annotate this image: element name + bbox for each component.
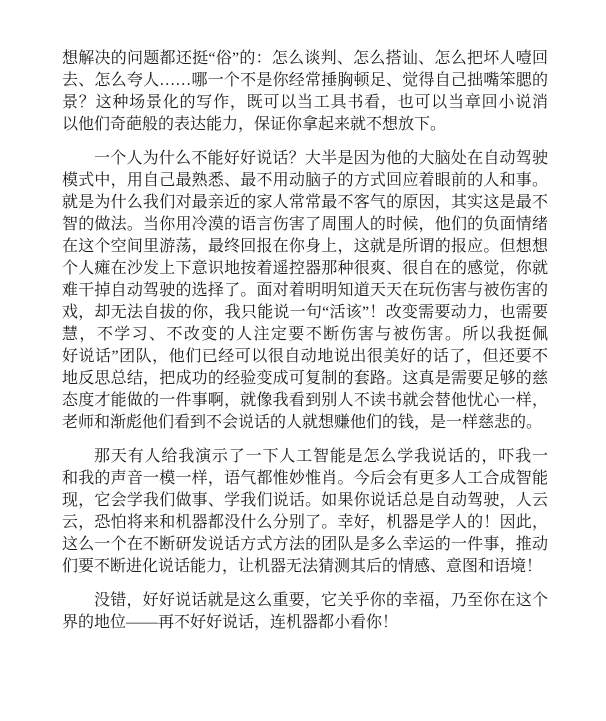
text-line: 在这个空间里游荡，最终回报在你身上，这就是所谓的报应。但想想一 (62, 236, 548, 258)
text-line: 好说话”团队，他们已经可以很自动地说出很美好的话了，但还要不停 (62, 346, 548, 368)
text-line: 界的地位——再不好好说话，连机器都小看你！ (62, 612, 548, 634)
text-line: 景？这种场景化的写作，既可以当工具书看，也可以当章回小说消遣。 (62, 92, 548, 114)
text-line: 模式中，用自己最熟悉、最不用动脑子的方式回应着眼前的人和事。这 (62, 170, 548, 192)
text-line: 们要不断进化说话能力，让机器无法猜测其后的情感、意图和语境！ (62, 556, 548, 578)
text-line: 老师和渐彪他们看到不会说话的人就想赚他们的钱，是一样慈悲的。 (62, 412, 548, 434)
paragraph-2: 一个人为什么不能好好说话？大半是因为他的大脑处在自动驾驶的 模式中，用自己最熟悉… (62, 148, 548, 434)
text-line: 地反思总结，把成功的经验变成可复制的套路。这真是需要足够的慈悲 (62, 368, 548, 390)
text-line: 难干掉自动驾驶的选择了。面对着明明知道天天在玩伤害与被伤害的游 (62, 280, 548, 302)
text-line: 慧，不学习、不改变的人注定要不断伤害与被伤害。所以我挺佩服“好 (62, 324, 548, 346)
text-line: 一个人为什么不能好好说话？大半是因为他的大脑处在自动驾驶的 (62, 148, 548, 170)
text-line: 这么一个在不断研发说话方式方法的团队是多么幸运的一件事，推动我 (62, 534, 548, 556)
text-line: 那天有人给我演示了一下人工智能是怎么学我说话的，吓我一跳！ (62, 446, 548, 468)
text-line: 和我的声音一模一样，语气都惟妙惟肖。今后会有更多人工合成智能出 (62, 468, 548, 490)
text-line: 云，恐怕将来和机器都没什么分别了。幸好，机器是学人的！因此，有 (62, 512, 548, 534)
text-line: 个人瘫在沙发上下意识地按着遥控器那种很爽、很自在的感觉，你就很 (62, 258, 548, 280)
document-page: 想解决的问题都还挺“俗”的：怎么谈判、怎么搭讪、怎么把坏人噎回 去、怎么夸人……… (62, 48, 548, 646)
text-line: 戏，却无法自拔的你，我只能说一句“活该”！改变需要动力，也需要智 (62, 302, 548, 324)
text-line: 没错，好好说话就是这么重要，它关乎你的幸福，乃至你在这个世 (62, 590, 548, 612)
text-line: 想解决的问题都还挺“俗”的：怎么谈判、怎么搭讪、怎么把坏人噎回 (62, 48, 548, 70)
text-line: 去、怎么夸人……哪一个不是你经常捶胸顿足、觉得自己拙嘴笨腮的场 (62, 70, 548, 92)
text-line: 智的做法。当你用冷漠的语言伤害了周围人的时候，他们的负面情绪会 (62, 214, 548, 236)
paragraph-4: 没错，好好说话就是这么重要，它关乎你的幸福，乃至你在这个世 界的地位——再不好好… (62, 590, 548, 634)
text-line: 就是为什么我们对最亲近的家人常常最不客气的原因，其实这是最不明 (62, 192, 548, 214)
text-line: 态度才能做的一件事啊，就像我看到别人不读书就会替他忧心一样，马 (62, 390, 548, 412)
text-line: 以他们奇葩般的表达能力，保证你拿起来就不想放下。 (62, 114, 548, 136)
paragraph-3: 那天有人给我演示了一下人工智能是怎么学我说话的，吓我一跳！ 和我的声音一模一样，… (62, 446, 548, 578)
text-line: 现，它会学我们做事、学我们说话。如果你说话总是自动驾驶，人云亦 (62, 490, 548, 512)
paragraph-1: 想解决的问题都还挺“俗”的：怎么谈判、怎么搭讪、怎么把坏人噎回 去、怎么夸人……… (62, 48, 548, 136)
